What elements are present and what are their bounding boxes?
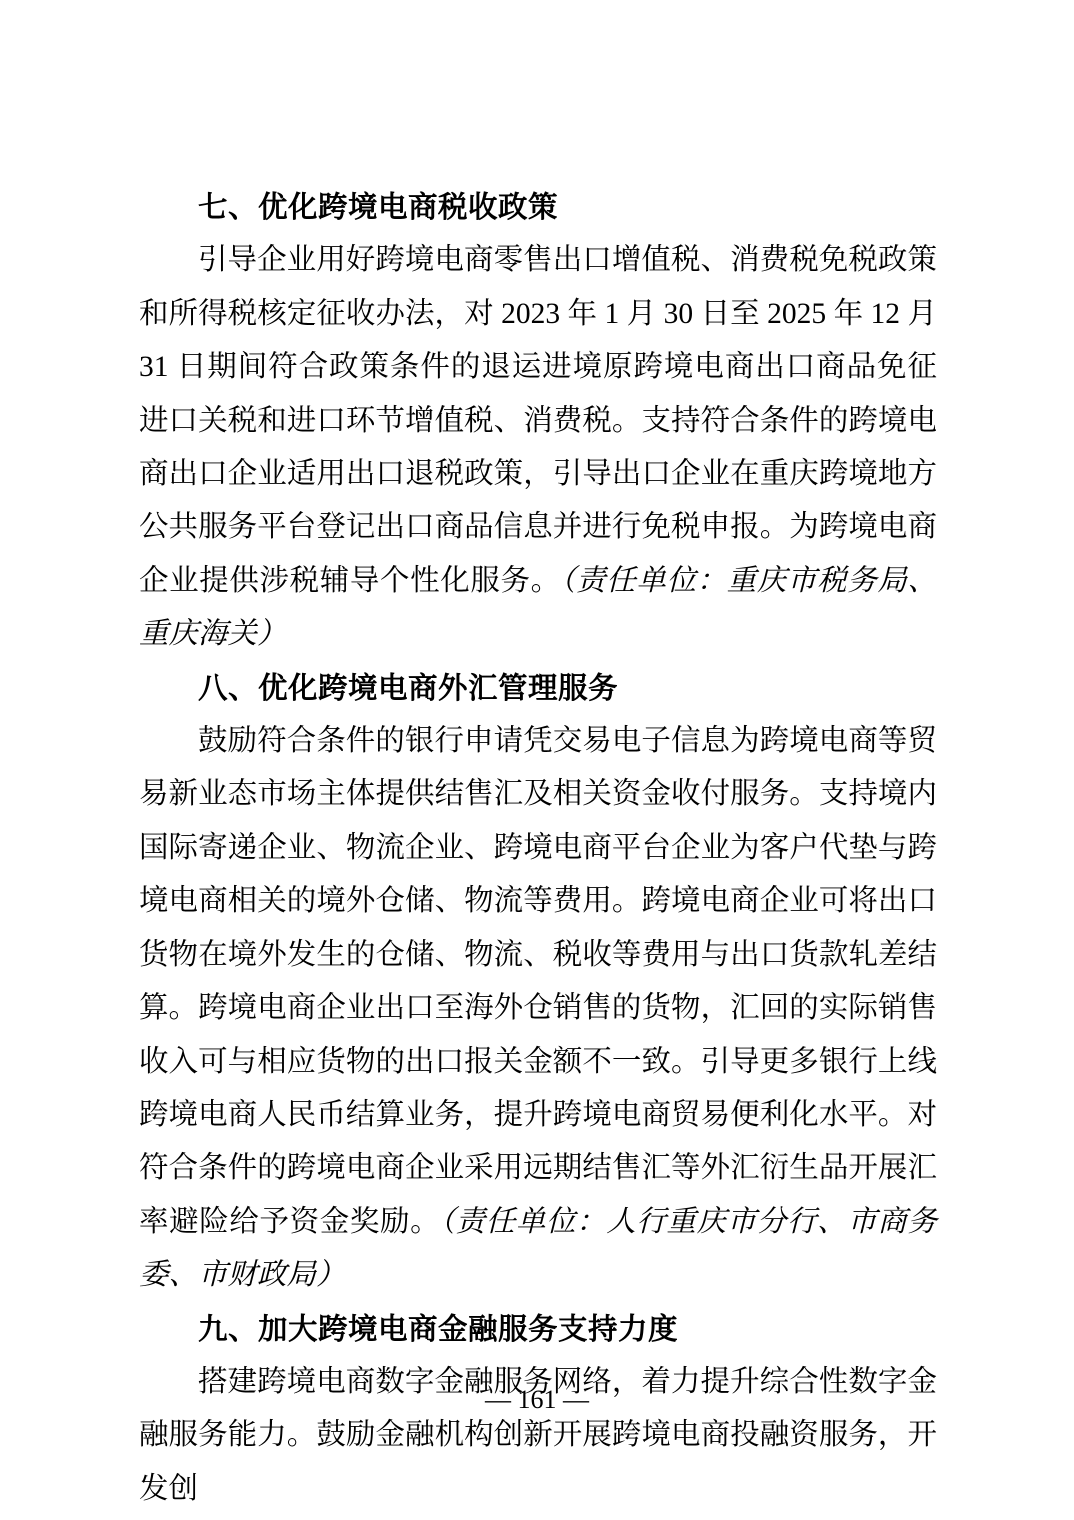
page-number: — 161 — (485, 1385, 589, 1414)
section-8-paragraph: 鼓励符合条件的银行申请凭交易电子信息为跨境电商等贸易新业态市场主体提供结售汇及相… (139, 715, 937, 1302)
section-8-body-text: 鼓励符合条件的银行申请凭交易电子信息为跨境电商等贸易新业态市场主体提供结售汇及相… (139, 725, 937, 1238)
document-content: 七、优化跨境电商税收政策 引导企业用好跨境电商零售出口增值税、消费税免税政策和所… (139, 181, 937, 1516)
page-footer: — 161 — (0, 1383, 1074, 1417)
section-heading-8: 八、优化跨境电商外汇管理服务 (139, 662, 937, 715)
section-9-paragraph: 搭建跨境电商数字金融服务网络，着力提升综合性数字金融服务能力。鼓励金融机构创新开… (139, 1356, 937, 1516)
section-heading-7: 七、优化跨境电商税收政策 (139, 181, 937, 234)
section-heading-9: 九、加大跨境电商金融服务支持力度 (139, 1303, 937, 1356)
section-7-paragraph: 引导企业用好跨境电商零售出口增值税、消费税免税政策和所得税核定征收办法，对 20… (139, 234, 937, 661)
document-page: 七、优化跨境电商税收政策 引导企业用好跨境电商零售出口增值税、消费税免税政策和所… (0, 0, 1074, 1520)
section-7-body-text: 引导企业用好跨境电商零售出口增值税、消费税免税政策和所得税核定征收办法，对 20… (139, 244, 937, 596)
